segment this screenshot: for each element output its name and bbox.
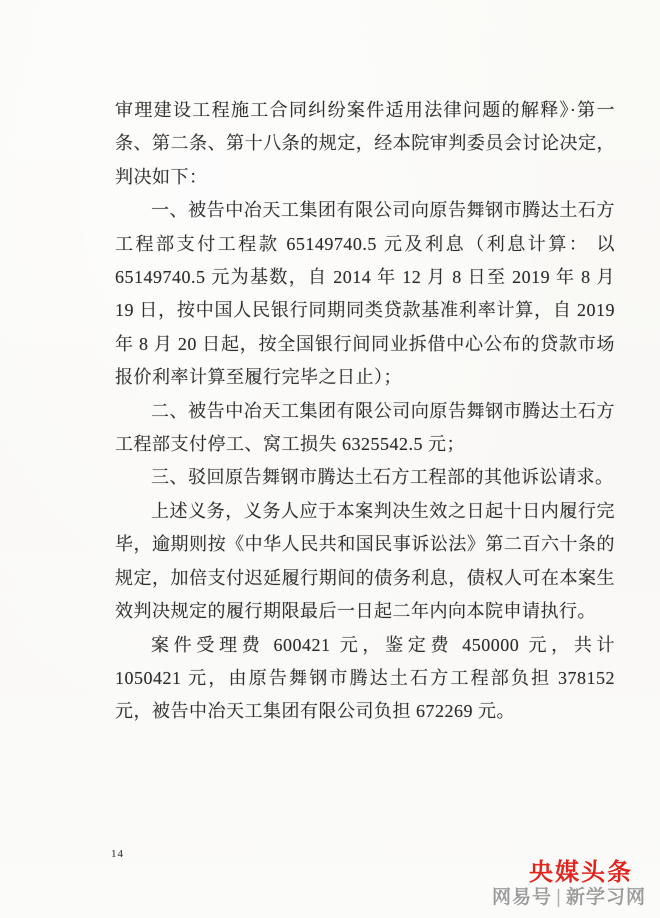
page-number: 14 [111, 848, 124, 860]
scanned-judgment-page: 审理建设工程施工合同纠纷案件适用法律问题的解释》·第一条、第二条、第十八条的规定… [0, 0, 660, 918]
judgment-body-text: 审理建设工程施工合同纠纷案件适用法律问题的解释》·第一条、第二条、第十八条的规定… [115, 94, 615, 729]
watermark-separator: | [552, 887, 566, 908]
watermark-platform-logo: 网易号 [492, 887, 552, 908]
judgment-paragraph-item-1: 一、被告中冶天工集团有限公司向原告舞钢市腾达土石方工程部支付工程款 651497… [115, 194, 615, 394]
watermark: 央媒头条 网易号|新学习网 [492, 860, 646, 910]
judgment-paragraph-fees: 案件受理费 600421 元，鉴定费 450000 元，共计 1050421 元… [115, 629, 615, 729]
judgment-paragraph-item-3: 三、驳回原告舞钢市腾达土石方工程部的其他诉讼请求。 [115, 461, 615, 494]
watermark-publisher-line: 网易号|新学习网 [492, 886, 646, 910]
watermark-account-name: 新学习网 [566, 887, 646, 908]
watermark-brand-title: 央媒头条 [492, 860, 633, 886]
judgment-paragraph-obligation: 上述义务，义务人应于本案判决生效之日起十日内履行完毕，逾期则按《中华人民共和国民… [115, 495, 615, 629]
judgment-paragraph-intro: 审理建设工程施工合同纠纷案件适用法律问题的解释》·第一条、第二条、第十八条的规定… [115, 94, 615, 194]
judgment-paragraph-item-2: 二、被告中冶天工集团有限公司向原告舞钢市腾达土石方工程部支付停工、窝工损失 63… [115, 395, 615, 462]
